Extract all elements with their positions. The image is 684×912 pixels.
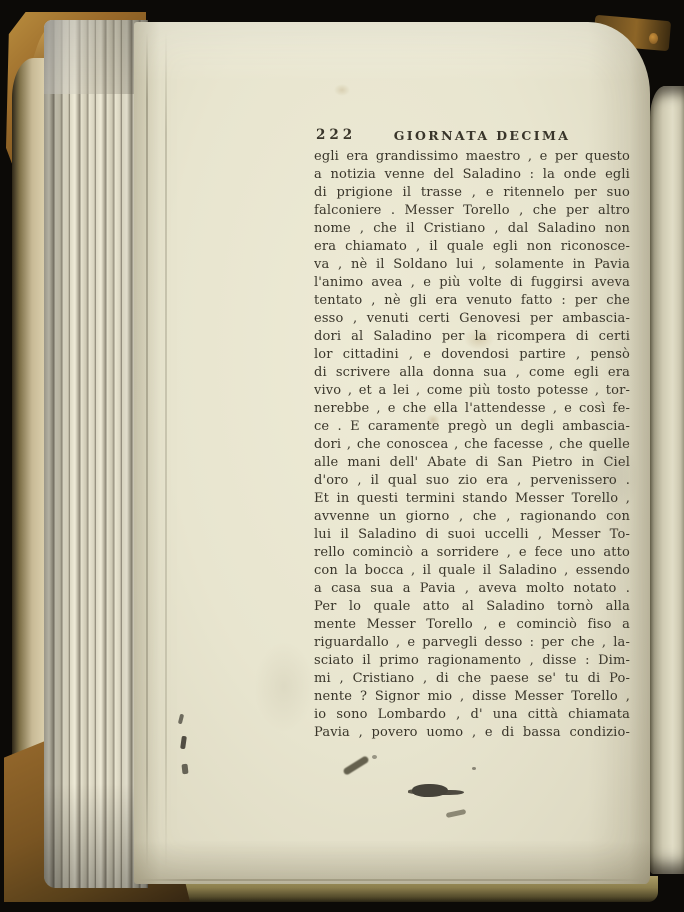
text-line: vivo , et a lei , come più tosto potesse…: [314, 382, 630, 400]
text-line: nente ? Signor mio , disse Messer Torell…: [314, 688, 630, 706]
text-line: riguardallo , e parvegli desso : per che…: [314, 634, 630, 652]
text-line: Per lo quale atto al Saladino tornò alla: [314, 598, 630, 616]
text-line: nerebbe , e che ella l'attendesse , e co…: [314, 400, 630, 418]
text-line: sciato il primo ragionamento , disse : D…: [314, 652, 630, 670]
page-crease-left: [146, 32, 148, 870]
page-stack-fore-edge: [44, 20, 148, 888]
text-line: mente Messer Torello , e cominciò fiso a: [314, 616, 630, 634]
text-line: dori al Saladino per la ricompera di cer…: [314, 328, 630, 346]
text-line: di prigione il trasse , e ritennelo per …: [314, 184, 630, 202]
ink-speck: [372, 755, 377, 759]
ink-smudge: [412, 784, 448, 797]
ink-speck: [181, 764, 188, 775]
text-line: lui il Saladino di suoi uccelli , Messer…: [314, 526, 630, 544]
text-line: egli era grandissimo maestro , e per que…: [314, 148, 630, 166]
ink-speck: [472, 767, 476, 770]
running-header: GIORNATA DECIMA: [374, 128, 571, 143]
age-smudge: [254, 642, 314, 732]
facing-page-gutter-edge: [650, 86, 684, 874]
text-line: va , nè il Soldano lui , solamente in Pa…: [314, 256, 630, 274]
page-crease-left-2: [165, 32, 167, 870]
text-line: di scrivere alla donna sua , come egli e…: [314, 364, 630, 382]
page-number: 222: [316, 127, 356, 143]
book-page: 222 GIORNATA DECIMA egli era grandissimo…: [134, 22, 650, 884]
text-line: falconiere . Messer Torello , che per al…: [314, 202, 630, 220]
text-line: io sono Lombardo , d' una città chiamata: [314, 706, 630, 724]
age-spot: [334, 84, 350, 96]
text-line: l'animo avea , e più volte di fuggirsi a…: [314, 274, 630, 292]
body-text: egli era grandissimo maestro , e per que…: [314, 148, 630, 742]
text-line: mi , Cristiano , di che paese se' tu di …: [314, 670, 630, 688]
text-line: dori , che conoscea , che facesse , che …: [314, 436, 630, 454]
text-line: ce . E caramente pregò un degli ambascia…: [314, 418, 630, 436]
text-line: lor cittadini , e dovendosi partire , pe…: [314, 346, 630, 364]
text-line: d'oro , il qual suo zio era , pervenisse…: [314, 472, 630, 490]
page-fold-bottom: [138, 879, 644, 881]
text-line: avvenne un giorno , che , ragionando con: [314, 508, 630, 526]
text-line: Pavia , povero uomo , e di bassa condizi…: [314, 724, 630, 742]
text-line: a notizia venne del Saladino : la onde e…: [314, 166, 630, 184]
text-line: rello cominciò a sorridere , e fece uno …: [314, 544, 630, 562]
text-line: esso , venuti certi Genovesi per ambasci…: [314, 310, 630, 328]
text-line: era chiamato , il quale egli non riconos…: [314, 238, 630, 256]
cover-corner-detail: [649, 33, 658, 44]
text-line: alle mani dell' Abate di San Pietro in C…: [314, 454, 630, 472]
page-header: 222 GIORNATA DECIMA: [314, 125, 630, 146]
book-scan-photo: 222 GIORNATA DECIMA egli era grandissimo…: [0, 0, 684, 912]
ink-smudge: [446, 809, 467, 818]
ink-smudge: [342, 755, 369, 776]
text-line: a casa sua a Pavia , aveva molto notato …: [314, 580, 630, 598]
ink-speck: [178, 714, 184, 725]
text-line: Et in questi termini stando Messer Torel…: [314, 490, 630, 508]
page-content: 222 GIORNATA DECIMA egli era grandissimo…: [314, 125, 630, 742]
text-line: con la bocca , il quale il Saladino , es…: [314, 562, 630, 580]
text-line: nome , che il Cristiano , dal Saladino n…: [314, 220, 630, 238]
ink-speck: [180, 736, 187, 750]
text-line: tentato , nè gli era venuto fatto : per …: [314, 292, 630, 310]
